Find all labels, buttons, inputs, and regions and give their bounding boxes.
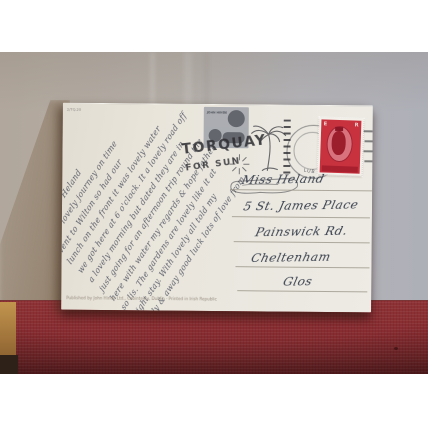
postage-stamp: E R xyxy=(318,117,364,176)
address-rule-line xyxy=(235,266,369,268)
cancel-wave-dash xyxy=(363,150,372,152)
address-line-county: Glos xyxy=(282,275,314,287)
cast-shadow xyxy=(0,100,70,312)
stamp-letter-r: R xyxy=(355,122,359,128)
publisher-imprint: Published by John Hinde Ltd., Cabinteely… xyxy=(66,296,217,302)
logo-label: JOHN HINDE xyxy=(207,111,227,115)
palm-tree-icon xyxy=(250,125,286,171)
stamp-value-band xyxy=(322,165,358,172)
sunburst-icon xyxy=(228,153,250,175)
card-reference-code: 2/TQ.20 xyxy=(67,108,81,112)
wood-edge-dark xyxy=(0,355,18,374)
address-line-name: Miss Heland xyxy=(241,173,326,186)
cancel-wave-dash xyxy=(364,130,373,132)
photo-area: Dear Miss Heland had a lovely journey on… xyxy=(0,52,428,374)
address-rule-line xyxy=(234,241,370,243)
cancel-wave-dash xyxy=(365,140,373,142)
postcard-back: Dear Miss Heland had a lovely journey on… xyxy=(61,103,373,313)
photo-of-postcard: Dear Miss Heland had a lovely journey on… xyxy=(0,0,428,428)
address-rule-line xyxy=(237,290,367,292)
address-line-road: Painswick Rd. xyxy=(254,225,349,239)
address-line-town: Cheltenham xyxy=(250,251,332,264)
logo-circle-icon xyxy=(228,110,245,127)
crown-icon xyxy=(335,127,343,131)
fabric-spot xyxy=(394,347,398,350)
stamp-letter-e: E xyxy=(324,121,328,127)
address-rule-line xyxy=(232,216,370,218)
wood-edge xyxy=(0,302,16,362)
address-line-street: 5 St. James Place xyxy=(242,199,359,213)
cancel-wave-dash xyxy=(364,160,372,162)
